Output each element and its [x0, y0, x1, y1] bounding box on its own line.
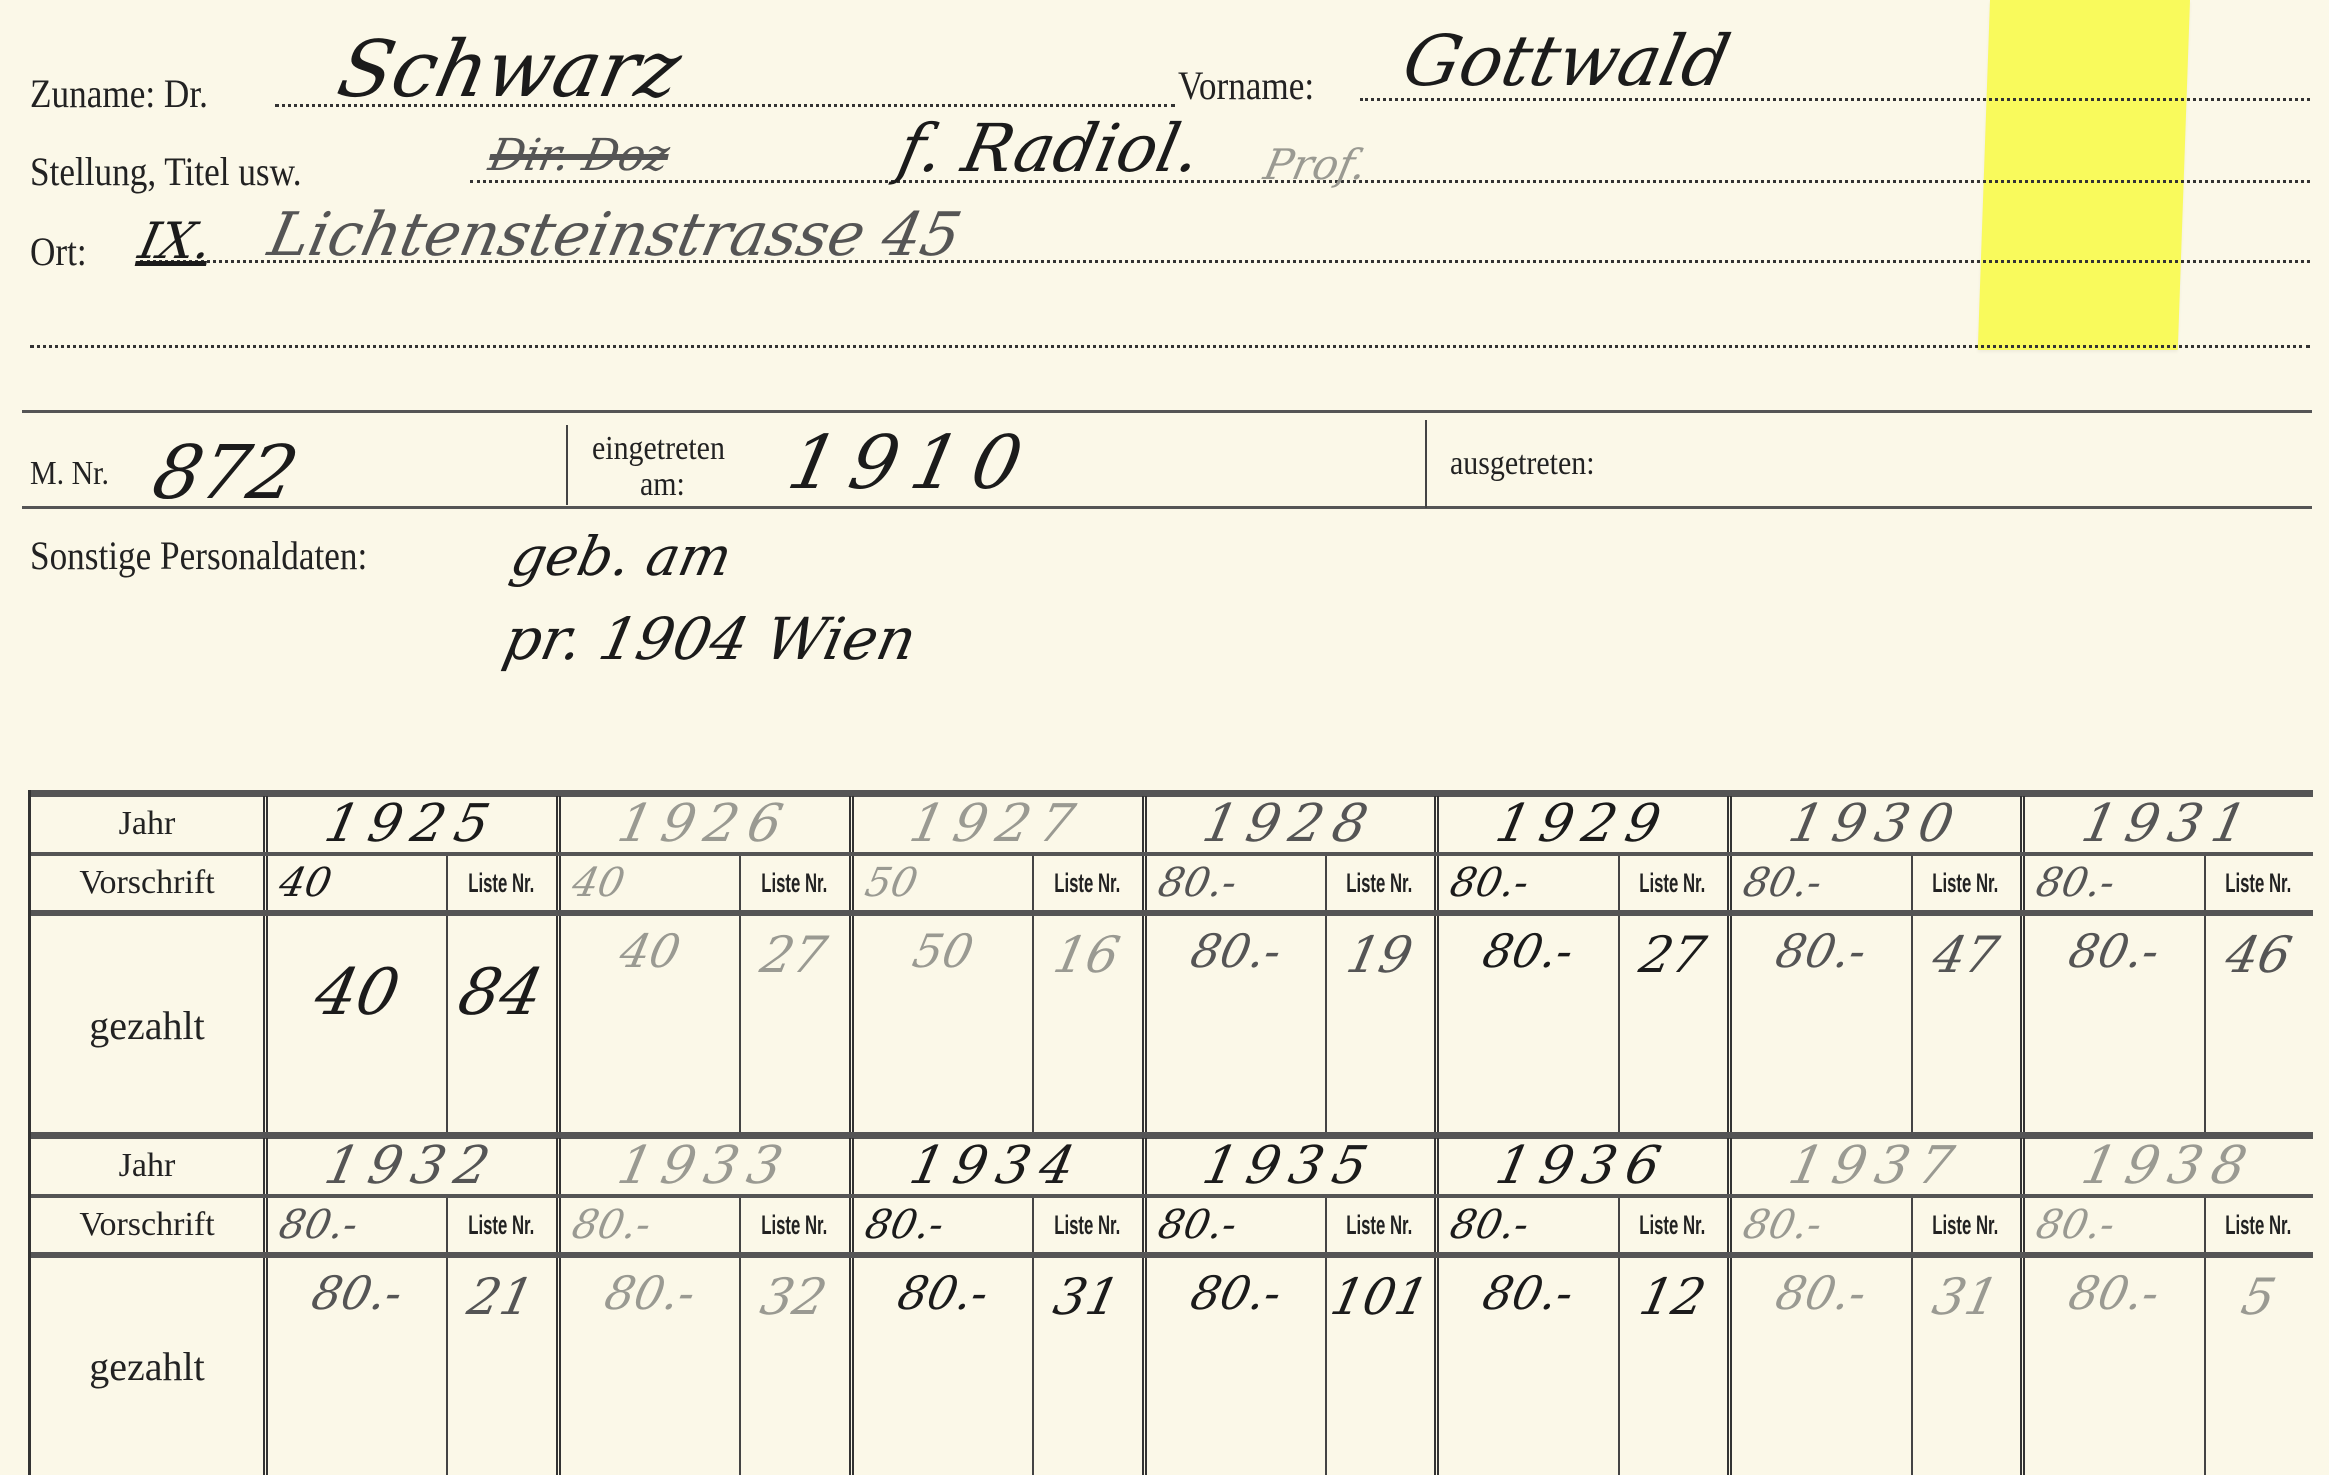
- year-value: 1925: [319, 794, 504, 854]
- year-cell-1935-vorschrift: 80.-Liste Nr.: [1142, 1198, 1435, 1252]
- vorname-value: Gottwald: [1396, 20, 1737, 102]
- vorschrift-value: 80.-: [1739, 1202, 1826, 1248]
- vorschrift-value: 40: [568, 860, 629, 906]
- year-cell-1925-jahr: 1925: [263, 796, 556, 852]
- vorschrift-value-cell: 80.-: [2025, 1198, 2205, 1252]
- year-value: 1933: [612, 1136, 797, 1196]
- liste-header-cell: Liste Nr.: [1911, 856, 2020, 910]
- liste-number: 32: [733, 1268, 855, 1326]
- blank-line: [30, 345, 2310, 348]
- gezahlt-value: 80.-: [262, 1266, 452, 1320]
- year-cell-1930-gezahlt: 80.-47: [1727, 916, 2020, 1135]
- liste-header: Liste Nr.: [468, 868, 534, 899]
- vorschrift-value: 50: [861, 860, 922, 906]
- year-cell-1925-gezahlt: 4084: [263, 916, 556, 1135]
- liste-header: Liste Nr.: [1347, 868, 1413, 899]
- year-cell-1932-vorschrift: 80.-Liste Nr.: [263, 1198, 556, 1252]
- stellung-value: f. Radiol.: [892, 110, 1208, 187]
- vorschrift-value-cell: 80.-: [268, 1198, 448, 1252]
- liste-header: Liste Nr.: [468, 1210, 534, 1241]
- gezahlt-value-cell: 80.-: [2025, 916, 2205, 1135]
- sonstige-line-2: pr. 1904 Wien: [498, 605, 923, 673]
- mnr-label: M. Nr.: [30, 455, 109, 493]
- gezahlt-value: 80.-: [1727, 1266, 1917, 1320]
- divider-vertical-2: [1425, 420, 1427, 508]
- year-cell-1931-jahr: 1931: [2020, 796, 2313, 852]
- liste-number: 47: [1905, 926, 2027, 984]
- year-value: 1934: [905, 1136, 1090, 1196]
- gezahlt-value-cell: 40: [561, 916, 741, 1135]
- year-cell-1934-gezahlt: 80.-31: [849, 1258, 1142, 1475]
- year-cell-1929-gezahlt: 80.-27: [1434, 916, 1727, 1135]
- liste-header-cell: Liste Nr.: [1618, 1198, 1727, 1252]
- gezahlt-value-cell: 80.-: [2025, 1258, 2205, 1475]
- vorschrift-value: 80.-: [2032, 860, 2119, 906]
- liste-header-cell: Liste Nr.: [1618, 856, 1727, 910]
- liste-number-cell: 32: [739, 1258, 848, 1475]
- liste-number: 101: [1319, 1268, 1441, 1326]
- row-label-jahr: Jahr: [31, 1138, 263, 1194]
- year-cell-1938-gezahlt: 80.-5: [2020, 1258, 2313, 1475]
- liste-number: 31: [1905, 1268, 2027, 1326]
- sonstige-label: Sonstige Personaldaten:: [30, 532, 367, 579]
- year-value: 1930: [1784, 794, 1969, 854]
- year-cell-1932-gezahlt: 80.-21: [263, 1258, 556, 1475]
- year-cell-1926-jahr: 1926: [556, 796, 849, 852]
- year-cell-1930-vorschrift: 80.-Liste Nr.: [1727, 856, 2020, 910]
- row-label-gezahlt: gezahlt: [31, 916, 263, 1135]
- ort-district: IX.: [134, 212, 218, 270]
- gezahlt-value: 80.-: [848, 1266, 1038, 1320]
- row-label-jahr: Jahr: [31, 796, 263, 852]
- year-cell-1936-vorschrift: 80.-Liste Nr.: [1434, 1198, 1727, 1252]
- gezahlt-value-cell: 80.-: [561, 1258, 741, 1475]
- gezahlt-value-cell: 80.-: [1732, 916, 1912, 1135]
- gezahlt-value-cell: 80.-: [1732, 1258, 1912, 1475]
- liste-number-cell: 47: [1911, 916, 2020, 1135]
- row-label-vorschrift: Vorschrift: [31, 1198, 263, 1252]
- liste-number-cell: 101: [1325, 1258, 1434, 1475]
- year-cell-1932-jahr: 1932: [263, 1138, 556, 1194]
- zuname-label: Zuname: Dr.: [30, 70, 208, 117]
- liste-header-cell: Liste Nr.: [1325, 1198, 1434, 1252]
- year-value: 1936: [1491, 1136, 1676, 1196]
- liste-number: 5: [2197, 1268, 2319, 1326]
- liste-header: Liste Nr.: [761, 1210, 827, 1241]
- vorschrift-value-cell: 80.-: [2025, 856, 2205, 910]
- eingetreten-label: eingetreten: [592, 430, 725, 468]
- divider-vertical-1: [566, 425, 568, 505]
- liste-header: Liste Nr.: [761, 868, 827, 899]
- vorschrift-value: 80.-: [861, 1202, 948, 1248]
- year-cell-1931-vorschrift: 80.-Liste Nr.: [2020, 856, 2313, 910]
- year-cell-1933-jahr: 1933: [556, 1138, 849, 1194]
- liste-number: 46: [2197, 926, 2319, 984]
- table-row-vorschrift: Vorschrift80.-Liste Nr.80.-Liste Nr.80.-…: [31, 1198, 2313, 1252]
- gezahlt-value: 80.-: [1434, 1266, 1624, 1320]
- vorschrift-value: 80.-: [1154, 1202, 1241, 1248]
- liste-number: 31: [1026, 1268, 1148, 1326]
- row-label-vorschrift: Vorschrift: [31, 856, 263, 910]
- liste-number-cell: 12: [1618, 1258, 1727, 1475]
- liste-header-cell: Liste Nr.: [2204, 856, 2313, 910]
- year-value: 1938: [2077, 1136, 2262, 1196]
- gezahlt-value: 80.-: [1141, 1266, 1331, 1320]
- gezahlt-value-cell: 80.-: [854, 1258, 1034, 1475]
- year-cell-1934-vorschrift: 80.-Liste Nr.: [849, 1198, 1142, 1252]
- year-value: 1927: [905, 794, 1090, 854]
- year-cell-1933-vorschrift: 80.-Liste Nr.: [556, 1198, 849, 1252]
- vorname-label: Vorname:: [1178, 62, 1314, 109]
- gezahlt-value: 40: [260, 956, 454, 1030]
- ort-label: Ort:: [30, 228, 87, 275]
- year-cell-1937-gezahlt: 80.-31: [1727, 1258, 2020, 1475]
- liste-header: Liste Nr.: [2225, 1210, 2291, 1241]
- gezahlt-value: 80.-: [1727, 924, 1917, 978]
- gezahlt-value-cell: 80.-: [1147, 1258, 1327, 1475]
- gezahlt-value-cell: 50: [854, 916, 1034, 1135]
- vorschrift-value: 80.-: [568, 1202, 655, 1248]
- payment-table-block: Jahr1932193319341935193619371938Vorschri…: [28, 1132, 2313, 1475]
- vorschrift-value-cell: 40: [268, 856, 448, 910]
- payment-table-block: Jahr1925192619271928192919301931Vorschri…: [28, 790, 2313, 1135]
- divider-top: [22, 410, 2312, 413]
- stellung-label: Stellung, Titel usw.: [30, 148, 302, 195]
- liste-header: Liste Nr.: [2225, 868, 2291, 899]
- liste-header-cell: Liste Nr.: [446, 856, 555, 910]
- vorschrift-value: 80.-: [2032, 1202, 2119, 1248]
- liste-number: 16: [1026, 926, 1148, 984]
- liste-number-cell: 46: [2204, 916, 2313, 1135]
- vorschrift-value-cell: 80.-: [561, 1198, 741, 1252]
- liste-header: Liste Nr.: [1932, 868, 1998, 899]
- liste-header-cell: Liste Nr.: [739, 1198, 848, 1252]
- gezahlt-value: 80.-: [2019, 1266, 2209, 1320]
- year-cell-1937-vorschrift: 80.-Liste Nr.: [1727, 1198, 2020, 1252]
- liste-header: Liste Nr.: [1054, 1210, 1120, 1241]
- gezahlt-value: 80.-: [1141, 924, 1331, 978]
- vorschrift-value-cell: 80.-: [1147, 856, 1327, 910]
- year-cell-1938-jahr: 1938: [2020, 1138, 2313, 1194]
- year-cell-1925-vorschrift: 40Liste Nr.: [263, 856, 556, 910]
- table-row-gezahlt: gezahlt40844027501680.-1980.-2780.-4780.…: [31, 916, 2313, 1135]
- liste-number: 27: [733, 926, 855, 984]
- table-row-vorschrift: Vorschrift40Liste Nr.40Liste Nr.50Liste …: [31, 856, 2313, 910]
- ausgetreten-label: ausgetreten:: [1450, 445, 1595, 483]
- year-cell-1936-jahr: 1936: [1434, 1138, 1727, 1194]
- year-cell-1933-gezahlt: 80.-32: [556, 1258, 849, 1475]
- liste-number-cell: 27: [1618, 916, 1727, 1135]
- liste-number-cell: 16: [1032, 916, 1141, 1135]
- year-cell-1937-jahr: 1937: [1727, 1138, 2020, 1194]
- table-row-gezahlt: gezahlt80.-2180.-3280.-3180.-10180.-1280…: [31, 1258, 2313, 1475]
- liste-number-cell: 21: [446, 1258, 555, 1475]
- liste-header-cell: Liste Nr.: [739, 856, 848, 910]
- table-row-jahr: Jahr1932193319341935193619371938: [31, 1138, 2313, 1194]
- liste-header: Liste Nr.: [1932, 1210, 1998, 1241]
- year-cell-1928-gezahlt: 80.-19: [1142, 916, 1435, 1135]
- row-label-gezahlt: gezahlt: [31, 1258, 263, 1475]
- ort-value: Lichtensteinstrasse 45: [263, 200, 968, 270]
- year-value: 1926: [612, 794, 797, 854]
- year-value: 1932: [319, 1136, 504, 1196]
- stellung-extra-value: Prof.: [1260, 140, 1371, 189]
- year-cell-1936-gezahlt: 80.-12: [1434, 1258, 1727, 1475]
- vorschrift-value-cell: 80.-: [854, 1198, 1034, 1252]
- year-value: 1928: [1198, 794, 1383, 854]
- vorschrift-value-cell: 80.-: [1439, 856, 1619, 910]
- liste-number-cell: 31: [1911, 1258, 2020, 1475]
- vorschrift-value: 80.-: [275, 1202, 362, 1248]
- year-cell-1927-gezahlt: 5016: [849, 916, 1142, 1135]
- gezahlt-value-cell: 80.-: [1439, 1258, 1619, 1475]
- gezahlt-value-cell: 40: [268, 916, 448, 1135]
- eingetreten-am-label: am:: [640, 466, 685, 504]
- gezahlt-value: 80.-: [1434, 924, 1624, 978]
- stellung-struck-value: Dir. Doz: [485, 130, 674, 181]
- liste-header-cell: Liste Nr.: [446, 1198, 555, 1252]
- year-value: 1931: [2077, 794, 2262, 854]
- liste-header: Liste Nr.: [1640, 868, 1706, 899]
- year-cell-1927-vorschrift: 50Liste Nr.: [849, 856, 1142, 910]
- gezahlt-value-cell: 80.-: [268, 1258, 448, 1475]
- liste-header-cell: Liste Nr.: [1325, 856, 1434, 910]
- liste-number: 21: [440, 1268, 562, 1326]
- year-cell-1929-jahr: 1929: [1434, 796, 1727, 852]
- year-cell-1930-jahr: 1930: [1727, 796, 2020, 852]
- liste-number-cell: 84: [446, 916, 555, 1135]
- liste-number: 19: [1319, 926, 1441, 984]
- liste-header-cell: Liste Nr.: [2204, 1198, 2313, 1252]
- year-value: 1929: [1491, 794, 1676, 854]
- year-cell-1926-vorschrift: 40Liste Nr.: [556, 856, 849, 910]
- liste-header: Liste Nr.: [1347, 1210, 1413, 1241]
- year-cell-1931-gezahlt: 80.-46: [2020, 916, 2313, 1135]
- liste-number-cell: 19: [1325, 916, 1434, 1135]
- liste-header: Liste Nr.: [1640, 1210, 1706, 1241]
- vorschrift-value: 80.-: [1447, 860, 1534, 906]
- year-cell-1935-jahr: 1935: [1142, 1138, 1435, 1194]
- liste-number-cell: 27: [739, 916, 848, 1135]
- vorschrift-value: 80.-: [1154, 860, 1241, 906]
- year-cell-1928-jahr: 1928: [1142, 796, 1435, 852]
- divider-bottom: [22, 506, 2312, 509]
- year-value: 1937: [1784, 1136, 1969, 1196]
- vorschrift-value-cell: 80.-: [1732, 1198, 1912, 1252]
- gezahlt-value: 40: [555, 924, 745, 978]
- gezahlt-value-cell: 80.-: [1439, 916, 1619, 1135]
- vorschrift-value-cell: 80.-: [1147, 1198, 1327, 1252]
- liste-header: Liste Nr.: [1054, 868, 1120, 899]
- year-cell-1928-vorschrift: 80.-Liste Nr.: [1142, 856, 1435, 910]
- liste-number: 84: [439, 956, 564, 1030]
- sticky-note: [1978, 0, 2190, 350]
- year-cell-1926-gezahlt: 4027: [556, 916, 849, 1135]
- mnr-value: 872: [146, 430, 306, 516]
- gezahlt-value: 80.-: [2019, 924, 2209, 978]
- vorschrift-value: 80.-: [1447, 1202, 1534, 1248]
- year-cell-1935-gezahlt: 80.-101: [1142, 1258, 1435, 1475]
- liste-number-cell: 5: [2204, 1258, 2313, 1475]
- eingetreten-value: 1910: [781, 420, 1044, 506]
- year-cell-1929-vorschrift: 80.-Liste Nr.: [1434, 856, 1727, 910]
- vorschrift-value-cell: 80.-: [1439, 1198, 1619, 1252]
- year-value: 1935: [1198, 1136, 1383, 1196]
- sonstige-line-1: geb. am: [505, 525, 737, 588]
- liste-number-cell: 31: [1032, 1258, 1141, 1475]
- liste-header-cell: Liste Nr.: [1911, 1198, 2020, 1252]
- gezahlt-value-cell: 80.-: [1147, 916, 1327, 1135]
- gezahlt-value: 50: [848, 924, 1038, 978]
- year-cell-1927-jahr: 1927: [849, 796, 1142, 852]
- year-cell-1938-vorschrift: 80.-Liste Nr.: [2020, 1198, 2313, 1252]
- stellung-line: [470, 180, 2310, 183]
- gezahlt-value: 80.-: [555, 1266, 745, 1320]
- year-cell-1934-jahr: 1934: [849, 1138, 1142, 1194]
- liste-number: 27: [1612, 926, 1734, 984]
- table-row-jahr: Jahr1925192619271928192919301931: [31, 796, 2313, 852]
- vorschrift-value-cell: 80.-: [1732, 856, 1912, 910]
- vorschrift-value: 80.-: [1739, 860, 1826, 906]
- vorschrift-value-cell: 50: [854, 856, 1034, 910]
- liste-number: 12: [1612, 1268, 1734, 1326]
- zuname-value: Schwarz: [330, 25, 688, 115]
- liste-header-cell: Liste Nr.: [1032, 856, 1141, 910]
- vorschrift-value-cell: 40: [561, 856, 741, 910]
- vorschrift-value: 40: [275, 860, 336, 906]
- liste-header-cell: Liste Nr.: [1032, 1198, 1141, 1252]
